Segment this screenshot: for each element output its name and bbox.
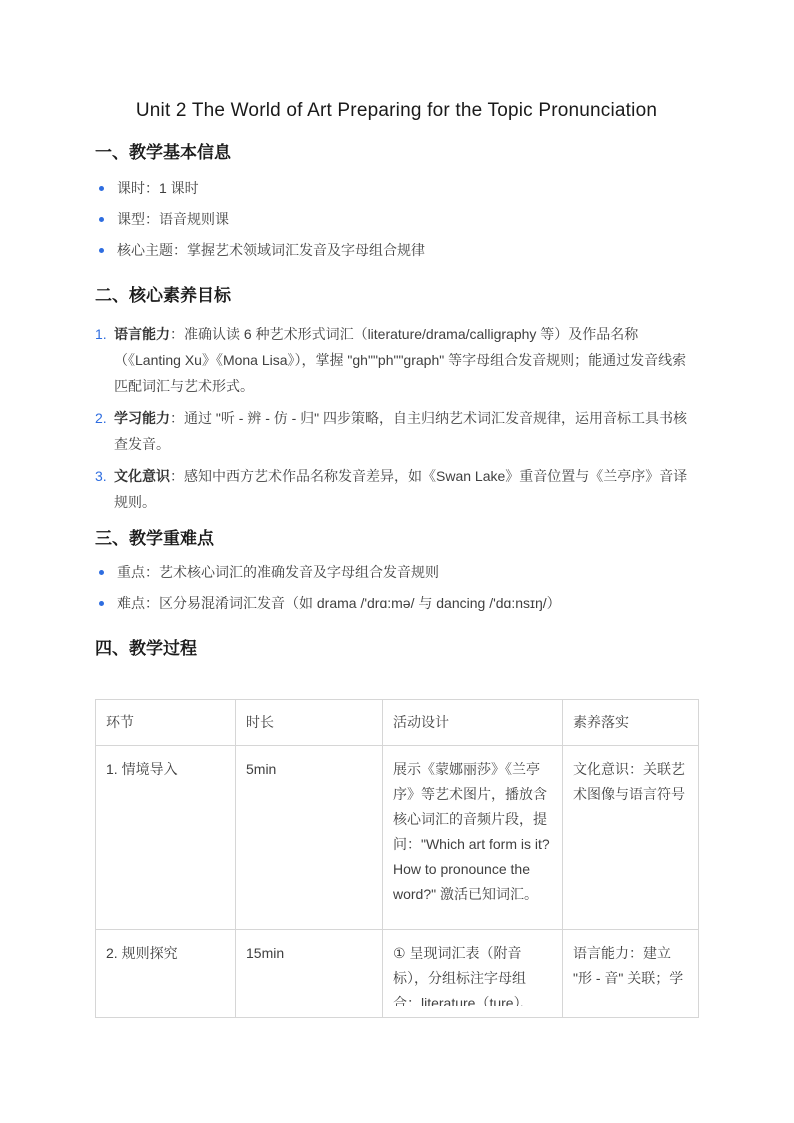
item-body: 文化意识：感知中西方艺术作品名称发音差异，如《Swan Lake》重音位置与《兰… (114, 463, 698, 515)
list-item: 课型：语音规则课 (95, 210, 698, 229)
section-heading-process: 四、教学过程 (95, 639, 698, 659)
numbered-item: 3. 文化意识：感知中西方艺术作品名称发音差异，如《Swan Lake》重音位置… (95, 463, 698, 515)
list-item: 难点：区分易混淆词汇发音（如 drama /'drɑ:mə/ 与 dancing… (95, 594, 698, 613)
page-title: Unit 2 The World of Art Preparing for th… (95, 99, 698, 123)
key-points-list: 重点：艺术核心词汇的准确发音及字母组合发音规则 难点：区分易混淆词汇发音（如 d… (95, 563, 698, 613)
section-heading-key-points: 三、教学重难点 (95, 529, 698, 549)
list-item-text: 难点：区分易混淆词汇发音（如 drama /'drɑ:mə/ 与 dancing… (117, 594, 561, 613)
table-header-duration: 时长 (236, 700, 383, 746)
item-number: 2. (95, 405, 114, 431)
basic-info-list: 课时：1 课时 课型：语音规则课 核心主题：掌握艺术领域词汇发音及字母组合规律 (95, 179, 698, 260)
cell-stage: 2. 规则探究 (96, 930, 236, 1018)
bullet-dot (99, 570, 104, 575)
table-header-activity: 活动设计 (383, 700, 563, 746)
item-label: 文化意识 (114, 468, 170, 484)
cell-activity: ① 呈现词汇表（附音标），分组标注字母组合：literature（ture）、 (383, 930, 563, 1018)
table-row: 1. 情境导入 5min 展示《蒙娜丽莎》《兰亭序》等艺术图片，播放含核心词汇的… (96, 746, 699, 930)
table-header-row: 环节 时长 活动设计 素养落实 (96, 700, 699, 746)
item-separator: ： (170, 410, 184, 426)
core-goals-list: 1. 语言能力：准确认读 6 种艺术形式词汇（literature/drama/… (95, 321, 698, 515)
item-label: 语言能力 (114, 326, 170, 342)
list-item-text: 重点：艺术核心词汇的准确发音及字母组合发音规则 (117, 563, 439, 582)
bullet-dot (99, 248, 104, 253)
item-body: 学习能力：通过 "听 - 辨 - 仿 - 归" 四步策略，自主归纳艺术词汇发音规… (114, 405, 698, 457)
table-header-stage: 环节 (96, 700, 236, 746)
numbered-item: 2. 学习能力：通过 "听 - 辨 - 仿 - 归" 四步策略，自主归纳艺术词汇… (95, 405, 698, 457)
table-row: 2. 规则探究 15min ① 呈现词汇表（附音标），分组标注字母组合：lite… (96, 930, 699, 1018)
item-number: 3. (95, 463, 114, 489)
item-number: 1. (95, 321, 114, 347)
bullet-dot (99, 217, 104, 222)
document-page: Unit 2 The World of Art Preparing for th… (0, 0, 794, 1123)
cell-outcome: 文化意识：关联艺术图像与语言符号 (563, 746, 699, 930)
table-header-outcome: 素养落实 (563, 700, 699, 746)
bullet-dot (99, 601, 104, 606)
item-separator: ： (170, 468, 184, 484)
cell-stage: 1. 情境导入 (96, 746, 236, 930)
list-item: 重点：艺术核心词汇的准确发音及字母组合发音规则 (95, 563, 698, 582)
bullet-dot (99, 186, 104, 191)
numbered-item: 1. 语言能力：准确认读 6 种艺术形式词汇（literature/drama/… (95, 321, 698, 399)
section-heading-basic-info: 一、教学基本信息 (95, 143, 698, 163)
section-heading-core-goals: 二、核心素养目标 (95, 286, 698, 306)
item-text: 准确认读 6 种艺术形式词汇（literature/drama/calligra… (114, 326, 686, 394)
item-text: 通过 "听 - 辨 - 仿 - 归" 四步策略，自主归纳艺术词汇发音规律，运用音… (114, 410, 687, 452)
lesson-process-table: 环节 时长 活动设计 素养落实 1. 情境导入 5min 展示《蒙娜丽莎》《兰亭… (95, 699, 699, 1018)
item-separator: ： (170, 326, 184, 342)
cell-outcome: 语言能力：建立 "形 - 音" 关联；学 (563, 930, 699, 1018)
list-item: 课时：1 课时 (95, 179, 698, 198)
list-item-text: 课时：1 课时 (117, 179, 199, 198)
cell-duration: 15min (236, 930, 383, 1018)
list-item: 核心主题：掌握艺术领域词汇发音及字母组合规律 (95, 241, 698, 260)
list-item-text: 核心主题：掌握艺术领域词汇发音及字母组合规律 (117, 241, 425, 260)
item-body: 语言能力：准确认读 6 种艺术形式词汇（literature/drama/cal… (114, 321, 698, 399)
item-label: 学习能力 (114, 410, 170, 426)
item-text: 感知中西方艺术作品名称发音差异，如《Swan Lake》重音位置与《兰亭序》音译… (114, 468, 687, 510)
cell-duration: 5min (236, 746, 383, 930)
cell-activity: 展示《蒙娜丽莎》《兰亭序》等艺术图片，播放含核心词汇的音频片段，提问："Whic… (383, 746, 563, 930)
list-item-text: 课型：语音规则课 (117, 210, 229, 229)
